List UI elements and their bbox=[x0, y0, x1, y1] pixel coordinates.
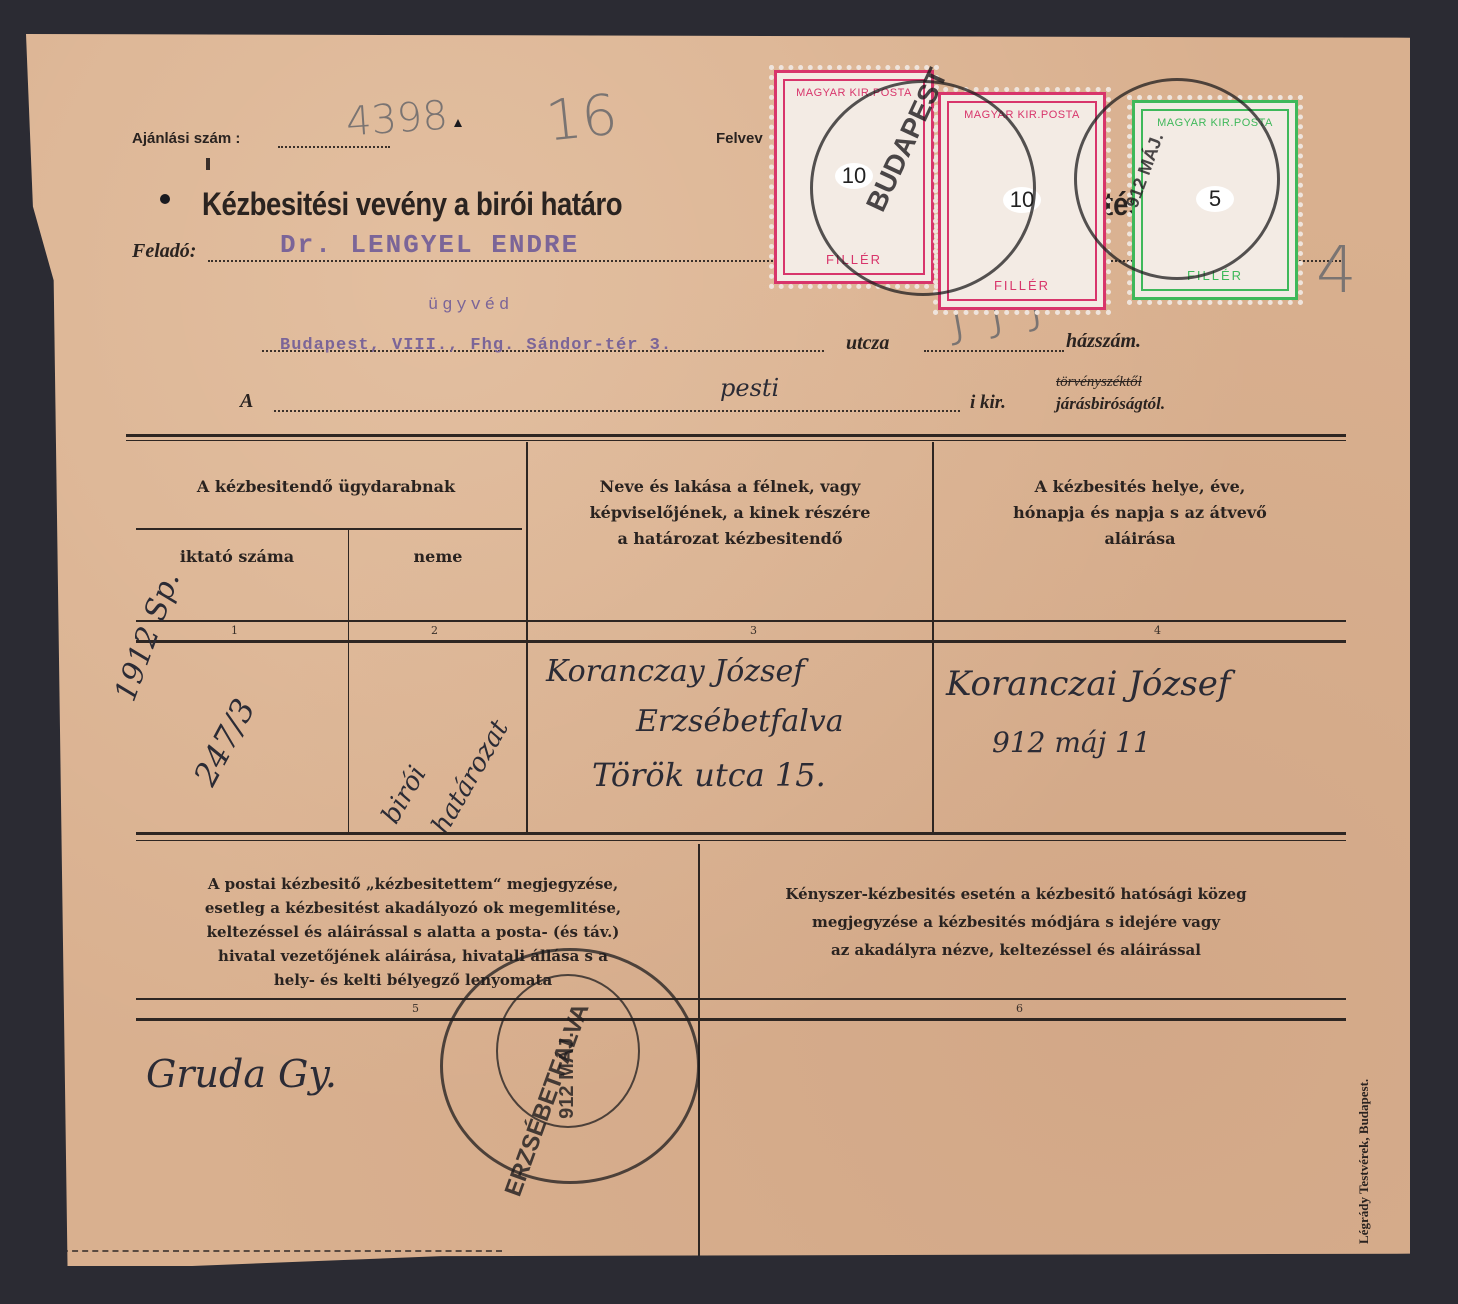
cell-neme-1: birói bbox=[376, 761, 433, 829]
table-top-border-thin bbox=[126, 440, 1346, 441]
column-header-party: Neve és lakása a félnek, vagy képviselőj… bbox=[528, 474, 932, 552]
column-number-4: 4 bbox=[1154, 624, 1161, 637]
street-label: utcza bbox=[846, 332, 889, 355]
cell-neme-2: határozat bbox=[426, 715, 515, 839]
court-kir: i kir. bbox=[970, 392, 1006, 414]
section-number-5: 5 bbox=[412, 1002, 419, 1015]
postmark-right bbox=[1074, 78, 1280, 280]
table-top-border bbox=[126, 434, 1346, 437]
receipt-form: Ajánlási szám : 4398 16 Felvev Kézbesité… bbox=[26, 34, 1410, 1266]
column-number-1: 1 bbox=[231, 624, 238, 637]
court-struck: törvényszéktől bbox=[1056, 374, 1142, 391]
section-number-6: 6 bbox=[1016, 1002, 1023, 1015]
sender-field bbox=[208, 260, 808, 262]
postman-signature: Gruda Gy. bbox=[146, 1052, 337, 1096]
table-bottom-border-thin bbox=[136, 840, 1346, 841]
column-header-delivery: A kézbesités helye, éve, hónapja és napj… bbox=[934, 474, 1346, 552]
cell-delivery-signature: Koranczai József bbox=[946, 664, 1230, 704]
column-header-iktato: iktató száma bbox=[126, 544, 348, 570]
cell-party-name: Koranczay József bbox=[546, 654, 804, 689]
number-row-top bbox=[136, 620, 1346, 622]
sender-stamp-address: Budapest, VIII., Fhg. Sándor-tér 3. bbox=[280, 336, 672, 355]
subheader-divider bbox=[136, 528, 522, 530]
cell-party-town: Erzsébetfalva bbox=[636, 704, 844, 739]
postmark-erzsebetfalva-date: 912 MÁJ. bbox=[556, 1032, 579, 1119]
pencil-mark: 16 bbox=[543, 82, 621, 154]
registration-label: Ajánlási szám : bbox=[132, 130, 240, 147]
table-bottom-border bbox=[136, 832, 1346, 835]
court-district: járásbiróságtól. bbox=[1056, 394, 1165, 414]
column-divider bbox=[348, 528, 349, 832]
cell-party-street: Török utca 15. bbox=[592, 756, 826, 794]
sender-stamp-name: Dr. LENGYEL ENDRE bbox=[280, 230, 579, 260]
cell-iktato-number: 247/3 bbox=[186, 693, 263, 792]
punch-hole bbox=[454, 119, 462, 127]
cell-delivery-date: 912 máj 11 bbox=[992, 726, 1151, 759]
registration-field bbox=[278, 146, 390, 148]
perforation-line bbox=[62, 1250, 502, 1252]
sender-stamp-title: ügyvéd bbox=[428, 296, 513, 315]
sender-label: Feladó: bbox=[132, 240, 196, 263]
court-handwritten: pesti bbox=[720, 374, 779, 402]
printer-imprint: Légrády Testvérek, Budapest. bbox=[1356, 1079, 1372, 1244]
cell-iktato-year: 1912 Sp. bbox=[108, 567, 187, 706]
column-header-neme: neme bbox=[350, 544, 526, 570]
pencil-number-right: 4 bbox=[1316, 234, 1357, 308]
section-number-top bbox=[136, 998, 1346, 1000]
accepted-label: Felvev bbox=[716, 130, 763, 147]
court-field bbox=[274, 410, 960, 412]
punch-hole bbox=[160, 194, 170, 204]
section-6-instructions: Kényszer-kézbesités esetén a kézbesitő h… bbox=[716, 880, 1316, 964]
column-number-3: 3 bbox=[750, 624, 757, 637]
punch-hole bbox=[206, 158, 210, 170]
form-title: Kézbesitési vevény a birói határo bbox=[202, 186, 622, 223]
column-number-2: 2 bbox=[431, 624, 438, 637]
court-prefix: A bbox=[240, 390, 253, 413]
house-number-label: házszám. bbox=[1066, 330, 1141, 353]
registration-pencil-number: 4398 bbox=[345, 93, 450, 146]
street-field bbox=[924, 350, 1064, 352]
table-group-header: A kézbesitendő ügydarabnak bbox=[126, 474, 526, 500]
section-number-bottom bbox=[136, 1018, 1346, 1021]
number-row-bottom bbox=[136, 640, 1346, 643]
